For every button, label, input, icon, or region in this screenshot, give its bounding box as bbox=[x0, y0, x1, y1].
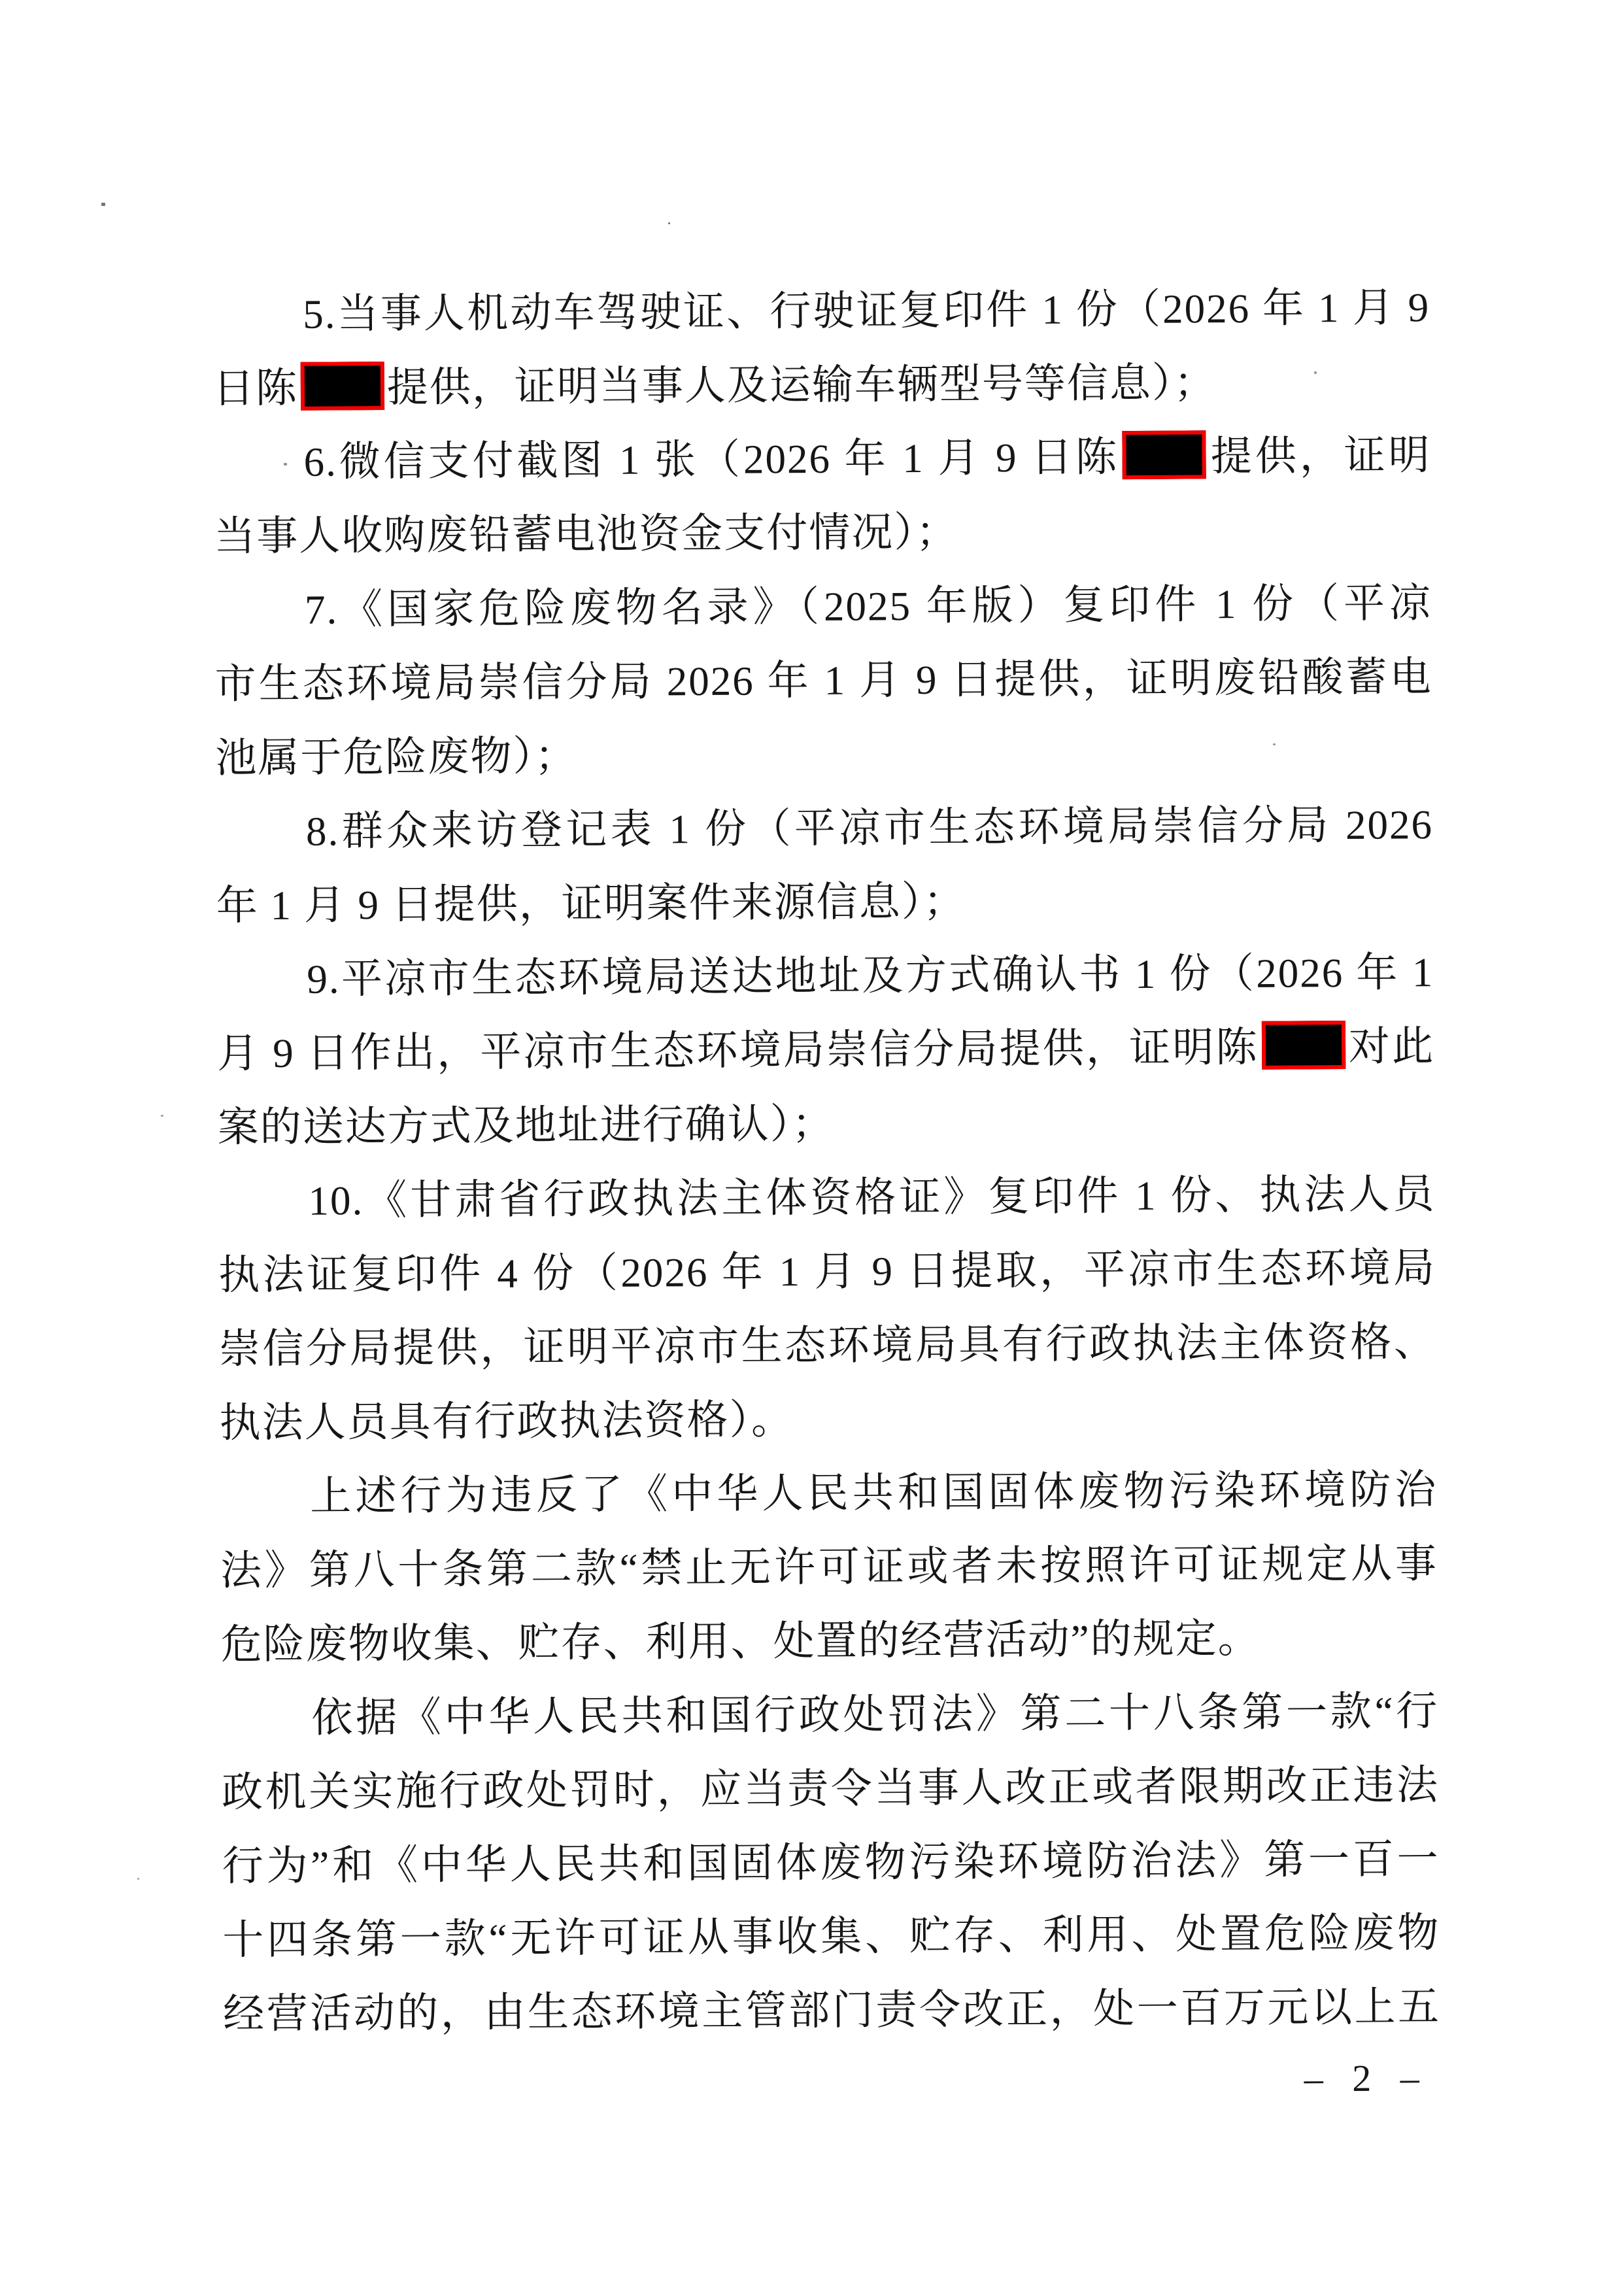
text-line: 市生态环境局崇信分局 2026 年 1 月 9 日提供，证明废铅酸蓄电 bbox=[214, 640, 1432, 721]
line-text: 依据《中华人民共和国行政处罚法》第二十八条第一款“行 bbox=[311, 1688, 1438, 1741]
text-line: 政机关实施行政处罚时，应当责令当事人改正或者限期改正违法 bbox=[222, 1748, 1440, 1829]
scan-speck bbox=[161, 1115, 163, 1117]
text-line: 案的送达方式及地址进行确认）； bbox=[217, 1083, 1435, 1164]
text-line: 法》第八十条第二款“禁止无许可证或者未按照许可证规定从事 bbox=[220, 1527, 1438, 1608]
page-number: – 2 – bbox=[1304, 2045, 1422, 2111]
line-text: 执法人员具有行政执法资格）。 bbox=[219, 1397, 794, 1446]
text-line: 9.平凉市生态环境局送达地址及方式确认书 1 份（2026 年 1 bbox=[216, 936, 1434, 1017]
line-text: 上述行为违反了《中华人民共和国固体废物污染环境防治 bbox=[310, 1467, 1437, 1520]
text-line: 经营活动的，由生态环境主管部门责令改正，处一百万元以上五 bbox=[223, 1970, 1441, 2051]
line-text: 当事人收购废铅蓄电池资金支付情况）； bbox=[214, 509, 958, 560]
line-text: 日陈 bbox=[213, 365, 298, 412]
text-line: 5.当事人机动车驾驶证、行驶证复印件 1 份（2026 年 1 月 9 bbox=[212, 271, 1430, 352]
line-text: 崇信分局提供，证明平凉市生态环境局具有行政执法主体资格、 bbox=[219, 1319, 1436, 1372]
scan-speck bbox=[1314, 371, 1317, 374]
text-line: 月 9 日作出，平凉市生态环境局崇信分局提供，证明陈对此 bbox=[217, 1010, 1435, 1091]
text-line: 危险废物收集、贮存、利用、处置的经营活动”的规定。 bbox=[220, 1601, 1438, 1682]
text-line: 日陈提供，证明当事人及运输车辆型号等信息）； bbox=[213, 345, 1431, 426]
text-line: 上述行为违反了《中华人民共和国固体废物污染环境防治 bbox=[220, 1453, 1438, 1534]
text-line: 十四条第一款“无许可证从事收集、贮存、利用、处置危险废物 bbox=[222, 1896, 1440, 1977]
line-text: 提供，证明 bbox=[1209, 432, 1431, 479]
line-text: 5.当事人机动车驾驶证、行驶证复印件 1 份（2026 年 1 月 9 bbox=[303, 284, 1430, 337]
line-text: 危险废物收集、贮存、利用、处置的经营活动”的规定。 bbox=[220, 1616, 1260, 1668]
line-text: 月 9 日作出，平凉市生态环境局崇信分局提供，证明陈 bbox=[217, 1025, 1259, 1077]
scan-speck bbox=[284, 463, 287, 466]
text-line: 7.《国家危险废物名录》（2025 年版）复印件 1 份（平凉 bbox=[214, 566, 1432, 647]
document-page: 5.当事人机动车驾驶证、行驶证复印件 1 份（2026 年 1 月 9 日陈提供… bbox=[0, 0, 1624, 2293]
document-body: 5.当事人机动车驾驶证、行驶证复印件 1 份（2026 年 1 月 9 日陈提供… bbox=[212, 271, 1441, 2051]
text-line: 当事人收购废铅蓄电池资金支付情况）； bbox=[214, 492, 1432, 573]
scan-speck bbox=[435, 312, 437, 314]
redaction-box bbox=[301, 362, 384, 411]
line-text: 执法证复印件 4 份（2026 年 1 月 9 日提取，平凉市生态环境局 bbox=[218, 1245, 1436, 1298]
text-line: 10.《甘肃省行政执法主体资格证》复印件 1 份、执法人员 bbox=[218, 1157, 1436, 1238]
text-line: 执法人员具有行政执法资格）。 bbox=[219, 1379, 1437, 1460]
scan-speck bbox=[1273, 743, 1276, 745]
text-line: 依据《中华人民共和国行政处罚法》第二十八条第一款“行 bbox=[221, 1674, 1439, 1756]
scan-speck bbox=[668, 222, 670, 224]
line-text: 10.《甘肃省行政执法主体资格证》复印件 1 份、执法人员 bbox=[308, 1171, 1435, 1224]
line-text: 6.微信支付截图 1 张（2026 年 1 月 9 日陈 bbox=[303, 434, 1120, 485]
redaction-box bbox=[1261, 1021, 1345, 1070]
line-text: 十四条第一款“无许可证从事收集、贮存、利用、处置危险废物 bbox=[222, 1910, 1440, 1963]
line-text: 9.平凉市生态环境局送达地址及方式确认书 1 份（2026 年 1 bbox=[307, 949, 1434, 1002]
line-text: 池属于危险废物）； bbox=[215, 733, 577, 781]
line-text: 政机关实施行政处罚时，应当责令当事人改正或者限期改正违法 bbox=[222, 1762, 1439, 1815]
scan-layer: 5.当事人机动车驾驶证、行驶证复印件 1 份（2026 年 1 月 9 日陈提供… bbox=[0, 0, 1624, 2293]
line-text: 经营活动的，由生态环境主管部门责令改正，处一百万元以上五 bbox=[223, 1984, 1440, 2037]
text-line: 8.群众来访登记表 1 份（平凉市生态环境局崇信分局 2026 bbox=[216, 788, 1434, 869]
scan-speck bbox=[137, 1878, 139, 1880]
line-text: 年 1 月 9 日提供，证明案件来源信息）； bbox=[216, 879, 966, 929]
line-text: 市生态环境局崇信分局 2026 年 1 月 9 日提供，证明废铅酸蓄电 bbox=[214, 654, 1432, 707]
line-text: 案的送达方式及地址进行确认）； bbox=[218, 1101, 835, 1151]
line-text: 提供，证明当事人及运输车辆型号等信息）； bbox=[387, 360, 1217, 411]
text-line: 年 1 月 9 日提供，证明案件来源信息）； bbox=[216, 862, 1434, 943]
scan-speck bbox=[101, 203, 105, 206]
text-line: 6.微信支付截图 1 张（2026 年 1 月 9 日陈提供，证明 bbox=[213, 418, 1431, 500]
line-text: 行为”和《中华人民共和国固体废物污染环境防治法》第一百一 bbox=[222, 1836, 1439, 1889]
text-line: 崇信分局提供，证明平凉市生态环境局具有行政执法主体资格、 bbox=[219, 1305, 1437, 1386]
text-line: 执法证复印件 4 份（2026 年 1 月 9 日提取，平凉市生态环境局 bbox=[218, 1231, 1436, 1312]
line-text: 8.群众来访登记表 1 份（平凉市生态环境局崇信分局 2026 bbox=[306, 802, 1433, 855]
text-line: 池属于危险废物）； bbox=[215, 714, 1433, 795]
line-text: 7.《国家危险废物名录》（2025 年版）复印件 1 份（平凉 bbox=[305, 580, 1432, 633]
text-line: 行为”和《中华人民共和国固体废物污染环境防治法》第一百一 bbox=[222, 1822, 1440, 1903]
redaction-box bbox=[1123, 430, 1206, 479]
line-text: 对此 bbox=[1348, 1023, 1435, 1070]
line-text: 法》第八十条第二款“禁止无许可证或者未按照许可证规定从事 bbox=[220, 1540, 1438, 1593]
